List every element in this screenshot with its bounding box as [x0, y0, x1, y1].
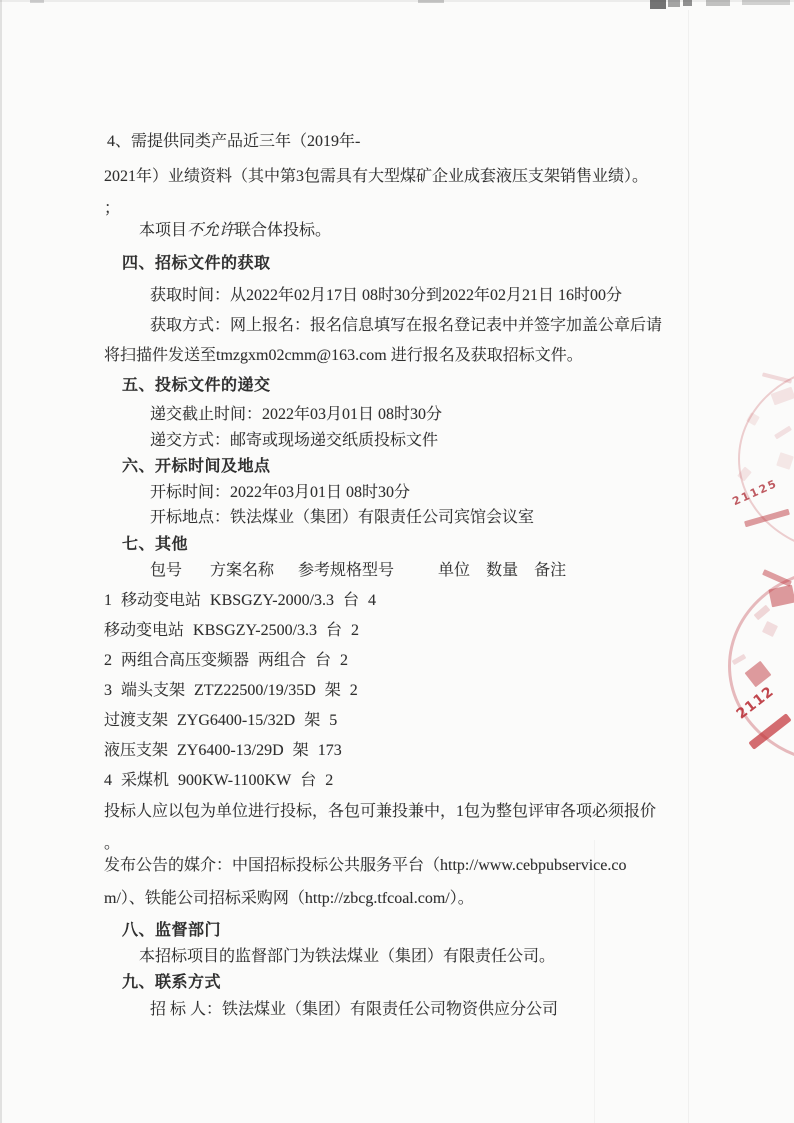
seal-character-fragment — [768, 585, 794, 608]
no-consortium-emphasis: 不允许 — [187, 222, 235, 239]
obtain-time: 获取时间：从2022年02月17日 08时30分到2022年02月21日 16时… — [150, 285, 744, 307]
col-scheme-name: 方案名称 — [210, 562, 274, 579]
seal-character-fragment — [771, 387, 794, 406]
package-table-header: 包号方案名称参考规格型号单位数量备注 — [150, 560, 744, 582]
opening-place: 开标地点：铁法煤业（集团）有限责任公司宾馆会议室 — [150, 507, 744, 529]
bidding-rule-note-punctuation: 。 — [104, 833, 744, 855]
announcement-media-line-1: 发布公告的媒介：中国招标投标公共服务平台（http://www.cebpubse… — [104, 855, 744, 877]
col-package-no: 包号 — [150, 562, 182, 579]
col-unit: 单位 — [438, 562, 470, 579]
seal-ink-bar — [748, 713, 791, 750]
clause-4-line-1: 4、需提供同类产品近三年（2019年- — [107, 131, 744, 153]
section-6-heading: 六、开标时间及地点 — [122, 456, 744, 478]
table-row: 过渡支架ZYG6400-15/32D架5 — [104, 710, 744, 732]
table-row: 1移动变电站KBSGZY-2000/3.3台4 — [104, 590, 744, 612]
seal-character-fragment — [776, 452, 794, 470]
seal-character-fragment — [746, 412, 760, 426]
submission-deadline: 递交截止时间：2022年03月01日 08时30分 — [150, 404, 744, 426]
col-remark: 备注 — [534, 562, 566, 579]
table-row: 液压支架ZY6400-13/29D架173 — [104, 740, 744, 762]
section-5-heading: 五、投标文件的递交 — [122, 375, 744, 397]
section-7-heading: 七、其他 — [122, 534, 744, 556]
tenderer-name: 招 标 人：铁法煤业（集团）有限责任公司物资供应分公司 — [150, 999, 744, 1021]
no-consortium-statement: 本项目不允许联合体投标。 — [139, 220, 744, 242]
table-row: 4采煤机900KW-1100KW台2 — [104, 770, 744, 792]
section-8-heading: 八、监督部门 — [122, 920, 744, 942]
clause-4-line-2: 2021年）业绩资料（其中第3包需具有大型煤矿企业成套液压支架销售业绩）。 — [104, 166, 744, 188]
scanner-smudge — [683, 0, 692, 6]
seal-ink-bar — [744, 509, 790, 527]
table-row: 移动变电站KBSGZY-2500/3.3台2 — [104, 620, 744, 642]
stray-punctuation: ； — [104, 198, 744, 220]
scanner-smudge — [742, 0, 790, 5]
col-quantity: 数量 — [486, 562, 518, 579]
seal-arc — [738, 368, 794, 548]
opening-time: 开标时间：2022年03月01日 08时30分 — [150, 482, 744, 504]
scanner-smudge — [418, 0, 444, 3]
table-row: 2两组合高压变频器两组合台2 — [104, 650, 744, 672]
seal-character-fragment — [762, 621, 778, 637]
document-body: 4、需提供同类产品近三年（2019年- 2021年）业绩资料（其中第3包需具有大… — [104, 131, 744, 1021]
seal-character-fragment — [774, 426, 792, 440]
submission-method: 递交方式：邮寄或现场递交纸质投标文件 — [150, 430, 744, 452]
scanner-smudge — [650, 0, 666, 9]
seal-character-fragment — [754, 605, 771, 621]
bidding-rule-note: 投标人应以包为单位进行投标，各包可兼投兼中，1包为整包评审各项必须报价 — [104, 801, 744, 823]
seal-character-fragment — [745, 661, 772, 687]
seal-character-fragment — [762, 569, 792, 587]
table-row: 3端头支架ZTZ22500/19/35D架2 — [104, 680, 744, 702]
obtain-method-line-1: 获取方式：网上报名：报名信息填写在报名登记表中并签字加盖公章后请 — [150, 315, 744, 337]
col-spec-model: 参考规格型号 — [298, 562, 394, 579]
section-9-heading: 九、联系方式 — [122, 972, 744, 994]
supervision-department: 本招标项目的监督部门为铁法煤业（集团）有限责任公司。 — [139, 946, 744, 968]
scanner-smudge — [30, 0, 44, 3]
scan-left-edge-line — [0, 0, 2, 1123]
obtain-method-line-2: 将扫描件发送至tmzgxm02cmm@163.com 进行报名及获取招标文件。 — [104, 345, 744, 367]
announcement-media-line-2: m/）、铁能公司招标采购网（http://zbcg.tfcoal.com/）。 — [104, 888, 744, 910]
scanner-smudge — [706, 0, 730, 6]
scanner-smudge — [668, 0, 680, 7]
scanned-document-page: 21125 2112 4、需提供同类产品近三年（2019年- 2021年）业绩资… — [0, 0, 794, 1123]
seal-character-fragment — [762, 372, 792, 383]
section-4-heading: 四、招标文件的获取 — [122, 253, 744, 275]
